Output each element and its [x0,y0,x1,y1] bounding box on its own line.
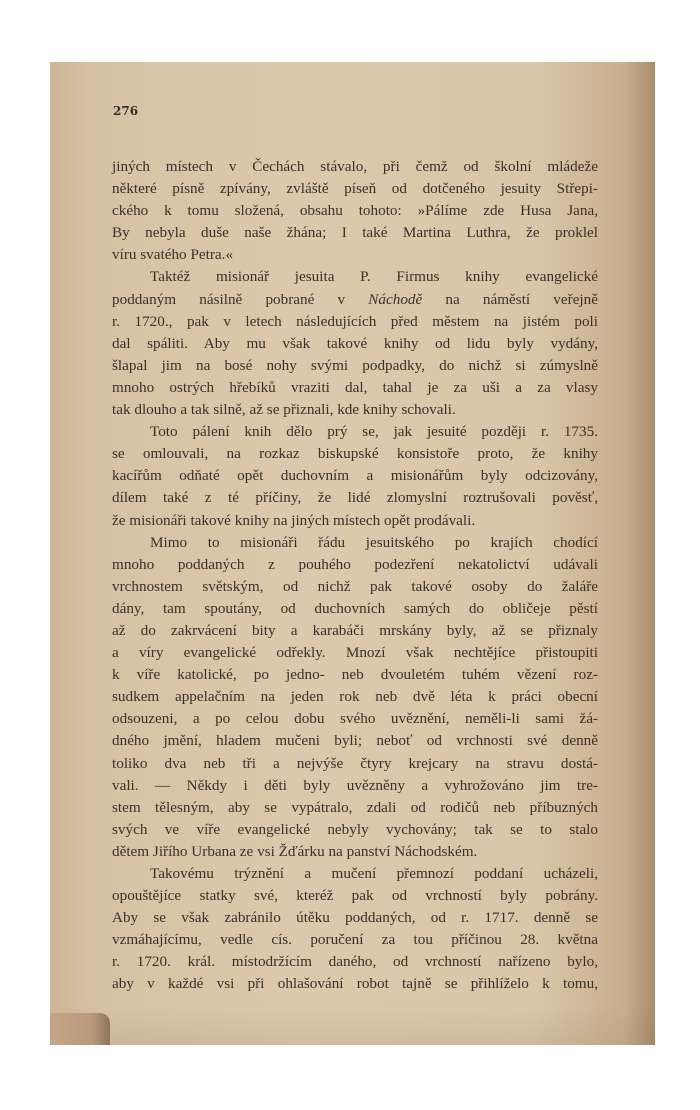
text-line: dány, tam spoutány, od duchovních samých… [112,598,598,620]
book-page: 276 jiných místech v Čechách stávalo, př… [50,62,655,1045]
text-line: sudkem appelačním na jeden rok neb dvě l… [112,686,598,708]
text-line: Taktéž misionář jesuita P. Firmus knihy … [112,266,598,288]
text-line: By nebyla duše naše žhána; I také Martin… [112,222,598,244]
text-line: že misionáři takové knihy na jiných míst… [112,510,598,532]
text-line: až do zakrvácení bity a karabáči mrskány… [112,620,598,642]
text-line: dal spáliti. Aby mu však takové knihy od… [112,333,598,355]
text-line: mnoho ostrých hřebíků vraziti dal, tahal… [112,377,598,399]
text-line: tak dlouho a tak silně, až se přiznali, … [112,399,598,421]
text-line: Toto pálení knih dělo prý se, jak jesuit… [112,421,598,443]
text-line: poddaným násilně pobrané v Náchodě na ná… [112,289,598,311]
text-line: jiných místech v Čechách stávalo, při če… [112,156,598,178]
text-line: svých ve víře evangelické nebyly vychová… [112,819,598,841]
text-line: kacířům odňaté opět duchovním a misionář… [112,465,598,487]
text-line: víru svatého Petra.« [112,244,598,266]
text-line: dílem také z té příčiny, že lidé zlomysl… [112,487,598,509]
text-segment: na náměstí veřejně [422,291,598,308]
text-line: opouštějíce statky své, kteréž pak od vr… [112,885,598,907]
text-line: vzmáhajícímu, vedle cís. poručení za tou… [112,929,598,951]
text-line: Takovému trýznění a mučení přemnozí podd… [112,863,598,885]
text-line: stem tělesným, aby se vypátralo, zdali o… [112,797,598,819]
text-line: odsouzeni, a po celou dobu svého uvězněn… [112,708,598,730]
text-line: Mimo to misionáři řádu jesuitského po kr… [112,532,598,554]
text-line: ckého k tomu složená, obsahu tohoto: »Pá… [112,200,598,222]
text-line: Aby se však zabránilo útěku poddaných, o… [112,907,598,929]
page-bottom-shadow [50,1005,655,1045]
scanner-thumb [50,1013,110,1045]
page-number: 276 [113,104,138,118]
italic-place-name: Náchodě [368,291,422,308]
text-line: r. 1720., pak v letech následujících pře… [112,311,598,333]
text-line: a víry evangelické odřekly. Mnozí však n… [112,642,598,664]
text-line: vrchnostem světským, od nichž pak takové… [112,576,598,598]
text-line: k víře katolické, po jedno- neb dvouleté… [112,664,598,686]
text-line: některé písně zpívány, zvláště píseň od … [112,178,598,200]
page-body-text: jiných místech v Čechách stávalo, při če… [112,156,598,996]
text-line: šlapal jim na bosé nohy svými podpadky, … [112,355,598,377]
text-line: toliko dva neb tři a nejvýše čtyry krejc… [112,753,598,775]
text-line: vali. — Někdy i děti byly uvězněny a vyh… [112,775,598,797]
text-line: dného jmění, hladem mučeni byli; neboť o… [112,730,598,752]
text-segment: poddaným násilně pobrané v [112,291,368,308]
text-line: r. 1720. král. místodržícím daného, od v… [112,951,598,973]
text-line: se omlouvali, na rozkaz biskupské konsis… [112,443,598,465]
text-line: aby v každé vsi při ohlašování robot taj… [112,973,598,995]
text-line: dětem Jiřího Urbana ze vsi Žďárku na pan… [112,841,598,863]
text-line: mnoho poddaných z pouhého podezření neka… [112,554,598,576]
